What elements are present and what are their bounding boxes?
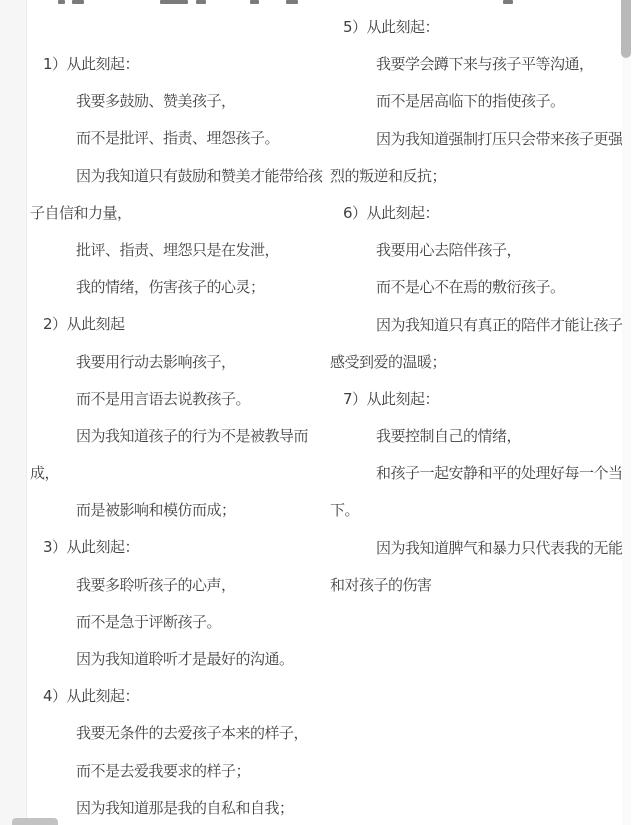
right-text-column: 5）从此刻起： 我要学会蹲下来与孩子平等沟通， 而不是居高临下的指使孩子。 因为… bbox=[330, 9, 630, 604]
text-line: 我要控制自己的情绪， bbox=[330, 418, 630, 455]
text-line: 而不是去爱我要求的样子； bbox=[30, 753, 330, 790]
left-text-column: 1）从此刻起： 我要多鼓励、赞美孩子， 而不是批评、指责、埋怨孩子。 因为我知道… bbox=[30, 46, 330, 825]
text-line: 而不是居高临下的指使孩子。 bbox=[330, 83, 630, 120]
text-line: 而不是用言语去说教孩子。 bbox=[30, 381, 330, 418]
text-line: 而不是心不在焉的敷衍孩子。 bbox=[330, 269, 630, 306]
text-line: 因为我知道聆听才是最好的沟通。 bbox=[30, 641, 330, 678]
text-line: 而不是急于评断孩子。 bbox=[30, 604, 330, 641]
horizontal-scrollbar-thumb[interactable] bbox=[12, 818, 58, 825]
item-2-heading: 2）从此刻起 bbox=[30, 306, 330, 343]
text-line: 我要用行动去影响孩子， bbox=[30, 344, 330, 381]
text-line: 我要用心去陪伴孩子， bbox=[330, 232, 630, 269]
clipped-text-remnant bbox=[250, 0, 259, 4]
clipped-text-remnant bbox=[58, 0, 65, 4]
item-4-heading: 4）从此刻起： bbox=[30, 678, 330, 715]
item-7-heading: 7）从此刻起： bbox=[330, 381, 630, 418]
text-line: 下。 bbox=[330, 492, 630, 529]
clipped-text-remnant bbox=[286, 0, 298, 4]
text-line: 因为我知道只有鼓励和赞美才能带给孩 bbox=[30, 158, 330, 195]
text-line: 我要无条件的去爱孩子本来的样子， bbox=[30, 715, 330, 752]
text-line: 我要多鼓励、赞美孩子， bbox=[30, 83, 330, 120]
text-line: 我要学会蹲下来与孩子平等沟通， bbox=[330, 46, 630, 83]
vertical-scrollbar-track[interactable] bbox=[622, 0, 631, 825]
text-line: 因为我知道只有真正的陪伴才能让孩子 bbox=[330, 307, 630, 344]
text-line: 成， bbox=[30, 455, 330, 492]
text-line: 子自信和力量， bbox=[30, 195, 330, 232]
text-line: 感受到爱的温暖； bbox=[330, 344, 630, 381]
text-line: 和孩子一起安静和平的处理好每一个当 bbox=[330, 455, 630, 492]
document-page: { "page": { "background": "#ffffff", "ma… bbox=[0, 0, 640, 825]
vertical-scrollbar-thumb[interactable] bbox=[621, 0, 631, 58]
item-3-heading: 3）从此刻起： bbox=[30, 529, 330, 566]
text-line: 而不是批评、指责、埋怨孩子。 bbox=[30, 120, 330, 157]
item-5-heading: 5）从此刻起： bbox=[330, 9, 630, 46]
text-line: 因为我知道强制打压只会带来孩子更强 bbox=[330, 121, 630, 158]
text-line: 因为我知道脾气和暴力只代表我的无能 bbox=[330, 530, 630, 567]
clipped-text-remnant bbox=[160, 0, 188, 4]
text-line: 和对孩子的伤害 bbox=[330, 567, 630, 604]
text-line: 我的情绪，伤害孩子的心灵； bbox=[30, 269, 330, 306]
clipped-text-remnant bbox=[503, 0, 513, 4]
clipped-text-remnant bbox=[72, 0, 84, 4]
text-line: 烈的叛逆和反抗； bbox=[330, 158, 630, 195]
text-line: 因为我知道那是我的自私和自我； bbox=[30, 790, 330, 825]
text-line: 而是被影响和模仿而成； bbox=[30, 492, 330, 529]
left-margin-strip bbox=[0, 0, 27, 825]
text-line: 批评、指责、埋怨只是在发泄， bbox=[30, 232, 330, 269]
item-1-heading: 1）从此刻起： bbox=[30, 46, 330, 83]
clipped-text-remnant bbox=[196, 0, 206, 4]
text-line: 我要多聆听孩子的心声， bbox=[30, 567, 330, 604]
text-line: 因为我知道孩子的行为不是被教导而 bbox=[30, 418, 330, 455]
item-6-heading: 6）从此刻起： bbox=[330, 195, 630, 232]
